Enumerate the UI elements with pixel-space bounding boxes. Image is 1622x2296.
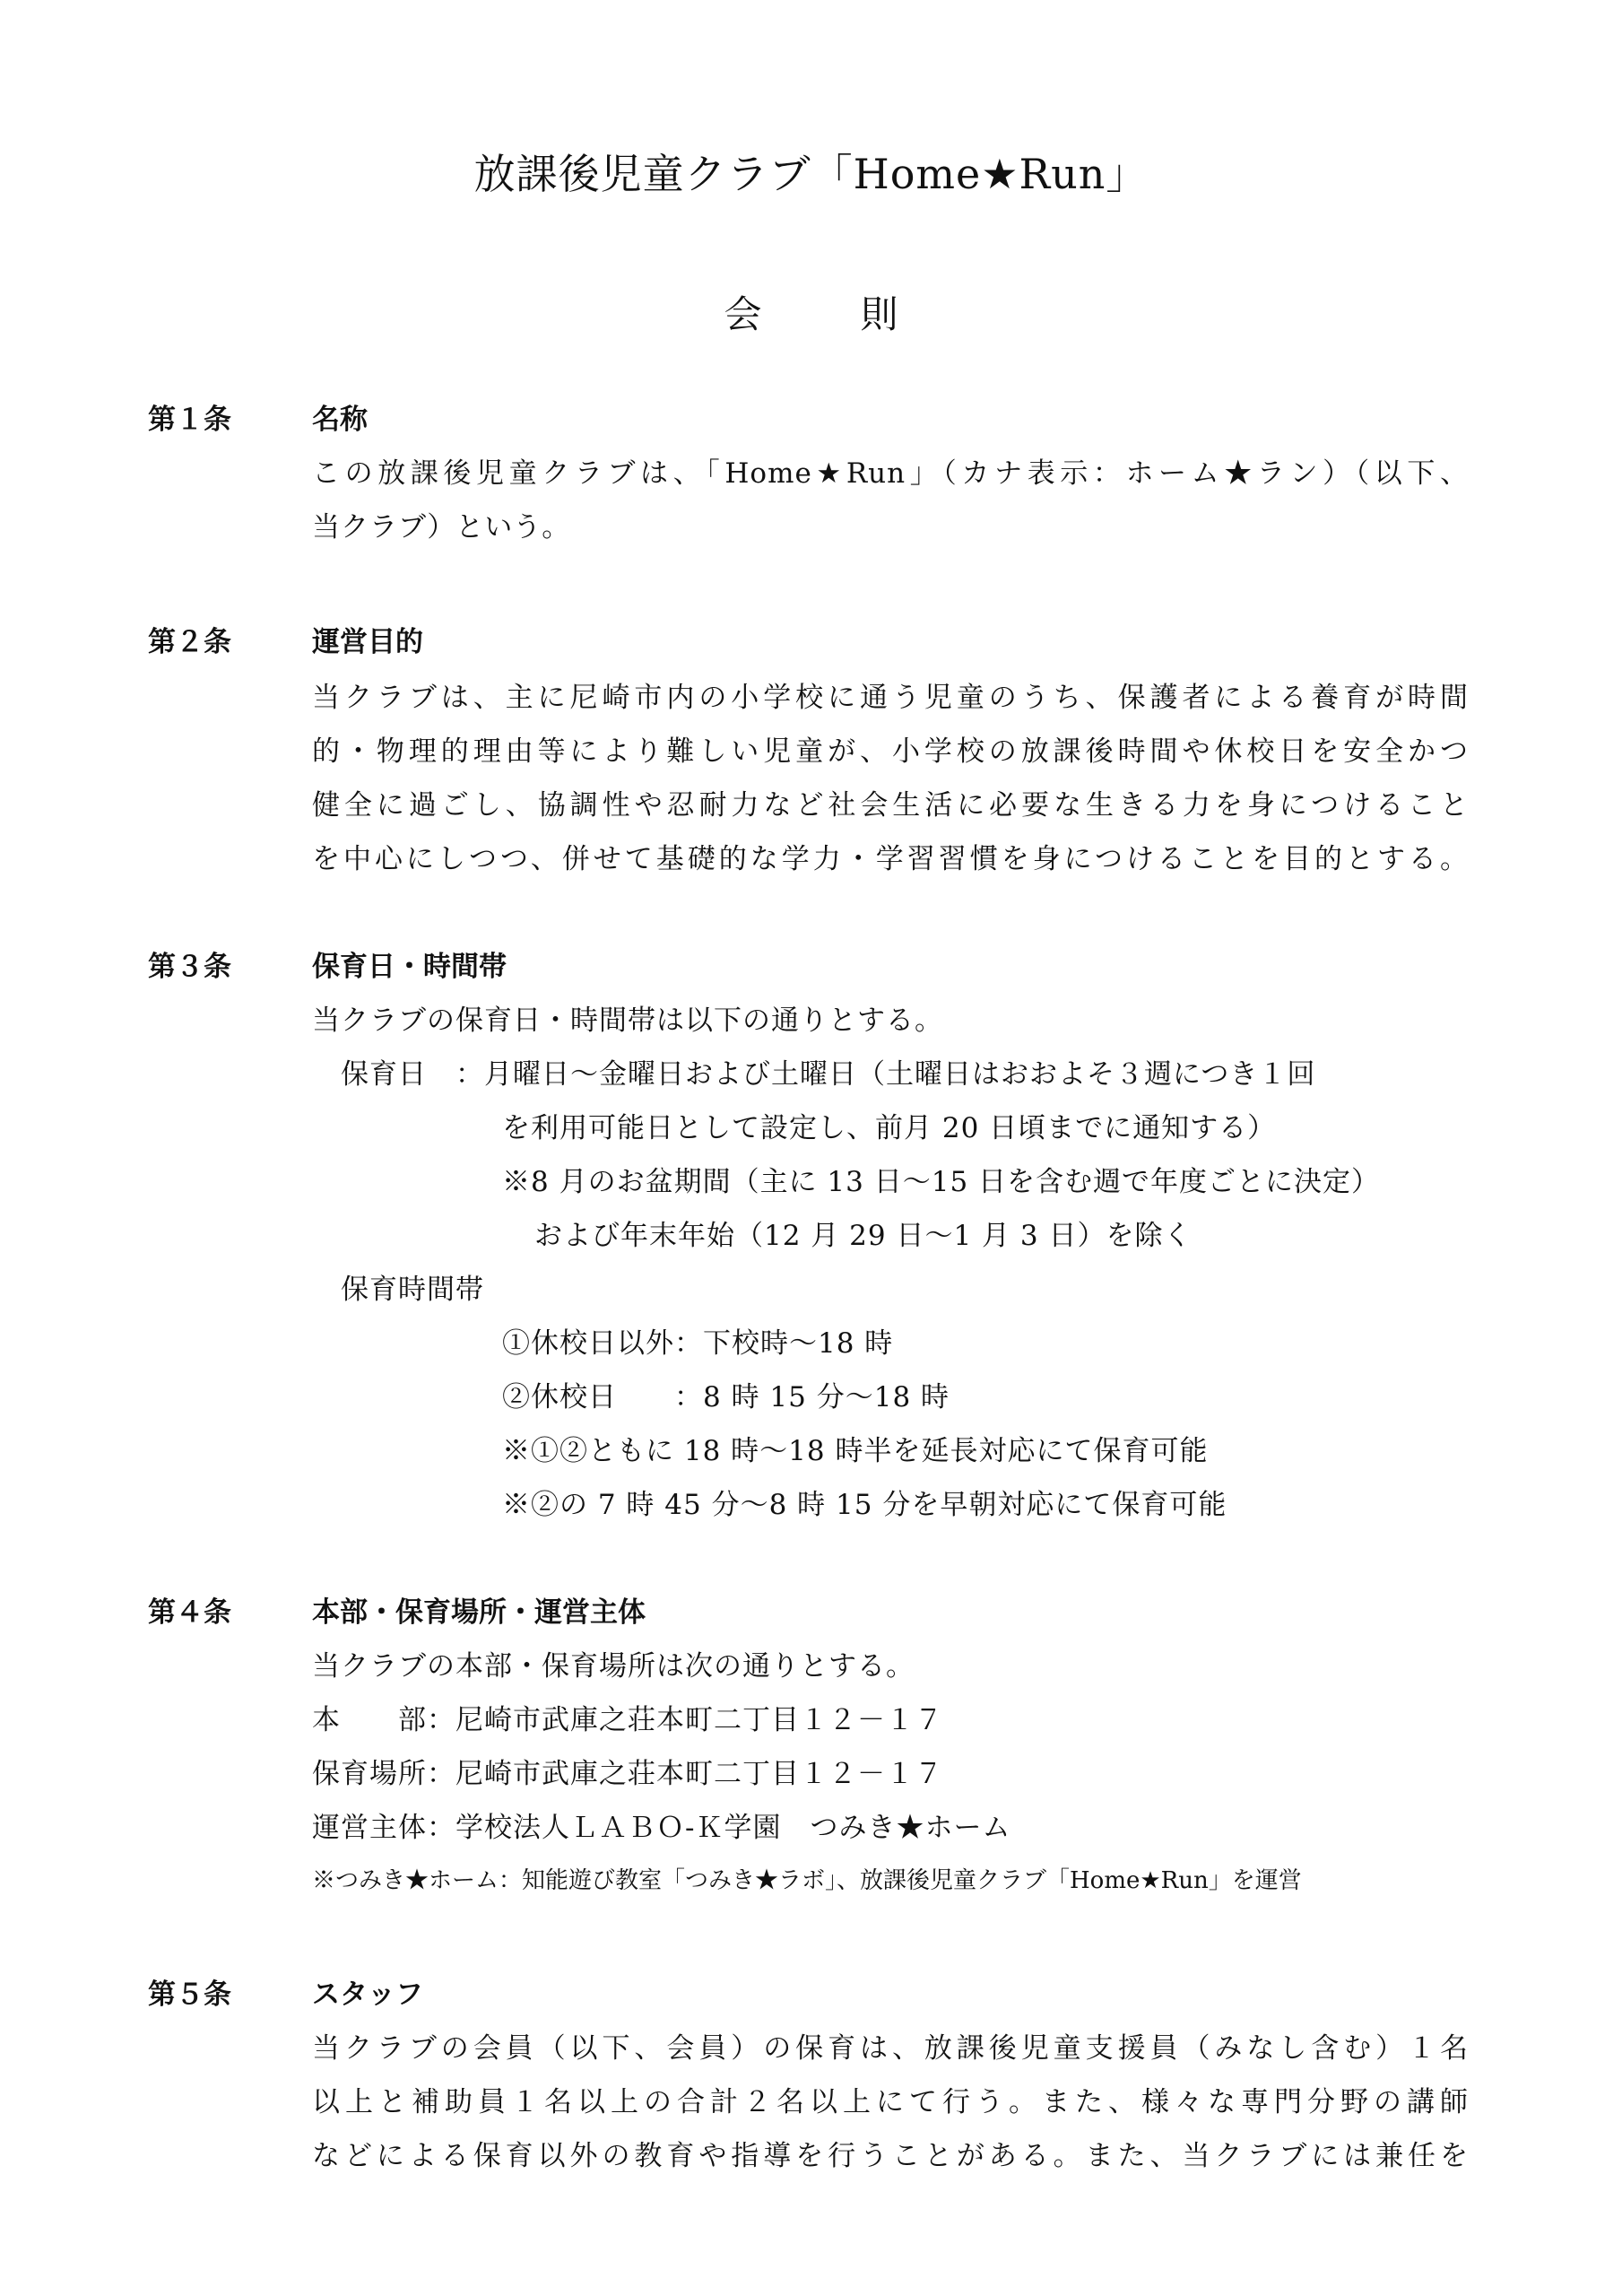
article-number: 第２条 xyxy=(148,619,231,659)
article-heading: 名称 xyxy=(312,396,368,437)
article-line: ②休校日 ：8 時 15 分～18 時 xyxy=(502,1374,950,1414)
article-heading: 本部・保育場所・運営主体 xyxy=(312,1589,646,1630)
article-line: ※①②ともに 18 時～18 時半を延長対応にて保育可能 xyxy=(502,1428,1208,1468)
document-title: 放課後児童クラブ「Home★Run」 xyxy=(0,142,1622,201)
article-line: 当クラブの保育日・時間帯は以下の通りとする。 xyxy=(312,997,943,1038)
article-heading: スタッフ xyxy=(312,1971,423,2012)
article-note: ※つみき★ホーム：知能遊び教室「つみき★ラボ」、放課後児童クラブ「Home★Ru… xyxy=(312,1862,1302,1895)
article-line: 保育日 ：月曜日～金曜日および土曜日（土曜日はおおよそ３週につき１回 xyxy=(341,1051,1315,1091)
article-line: ①休校日以外：下校時～18 時 xyxy=(502,1320,893,1361)
article-line: を中心にしつつ、併せて基礎的な学力・学習習慣を身につけることを目的とする。 xyxy=(312,836,1469,876)
article-line: 以上と補助員１名以上の合計２名以上にて行う。また、様々な専門分野の講師 xyxy=(312,2079,1469,2119)
article-line: を利用可能日として設定し、前月 20 日頃までに通知する） xyxy=(502,1105,1276,1145)
article-line: 保育場所：尼崎市武庫之荘本町二丁目１２－１７ xyxy=(312,1751,943,1791)
article-line: 当クラブは、主に尼崎市内の小学校に通う児童のうち、保護者による養育が時間 xyxy=(312,674,1469,715)
article-number: 第５条 xyxy=(148,1971,231,2012)
article-line: この放課後児童クラブは、「Home★Run」（カナ表示：ホーム★ラン）（以下、 xyxy=(312,450,1469,491)
article-line: 当クラブ）という。 xyxy=(312,504,570,544)
article-line: 保育時間帯 xyxy=(341,1266,484,1307)
article-number: 第１条 xyxy=(148,396,231,437)
article-number: 第３条 xyxy=(148,944,231,984)
article-number: 第４条 xyxy=(148,1589,231,1630)
article-line: 健全に過ごし、協調性や忍耐力など社会生活に必要な生きる力を身につけること xyxy=(312,782,1469,822)
article-line: 本 部：尼崎市武庫之荘本町二丁目１２－１７ xyxy=(312,1697,943,1737)
document-subtitle: 会則 xyxy=(0,285,1622,339)
article-heading: 保育日・時間帯 xyxy=(312,944,507,984)
article-line: ※8 月のお盆期間（主に 13 日～15 日を含む週で年度ごとに決定） xyxy=(502,1159,1380,1199)
article-line: などによる保育以外の教育や指導を行うことがある。また、当クラブには兼任を xyxy=(312,2133,1469,2173)
article-line: 当クラブの本部・保育場所は次の通りとする。 xyxy=(312,1643,915,1683)
subtitle-char: 則 xyxy=(861,285,898,339)
article-line: 運営主体：学校法人ＬＡＢＯ‐Ｋ学園 つみき★ホーム xyxy=(312,1805,1010,1845)
article-line: 的・物理的理由等により難しい児童が、小学校の放課後時間や休校日を安全かつ xyxy=(312,728,1469,769)
article-line: 当クラブの会員（以下、会員）の保育は、放課後児童支援員（みなし含む）１名 xyxy=(312,2025,1469,2066)
article-line: ※②の 7 時 45 分～8 時 15 分を早朝対応にて保育可能 xyxy=(502,1482,1227,1522)
article-heading: 運営目的 xyxy=(312,619,423,659)
subtitle-char: 会 xyxy=(724,285,761,339)
article-line: および年末年始（12 月 29 日～1 月 3 日）を除く xyxy=(534,1213,1192,1253)
